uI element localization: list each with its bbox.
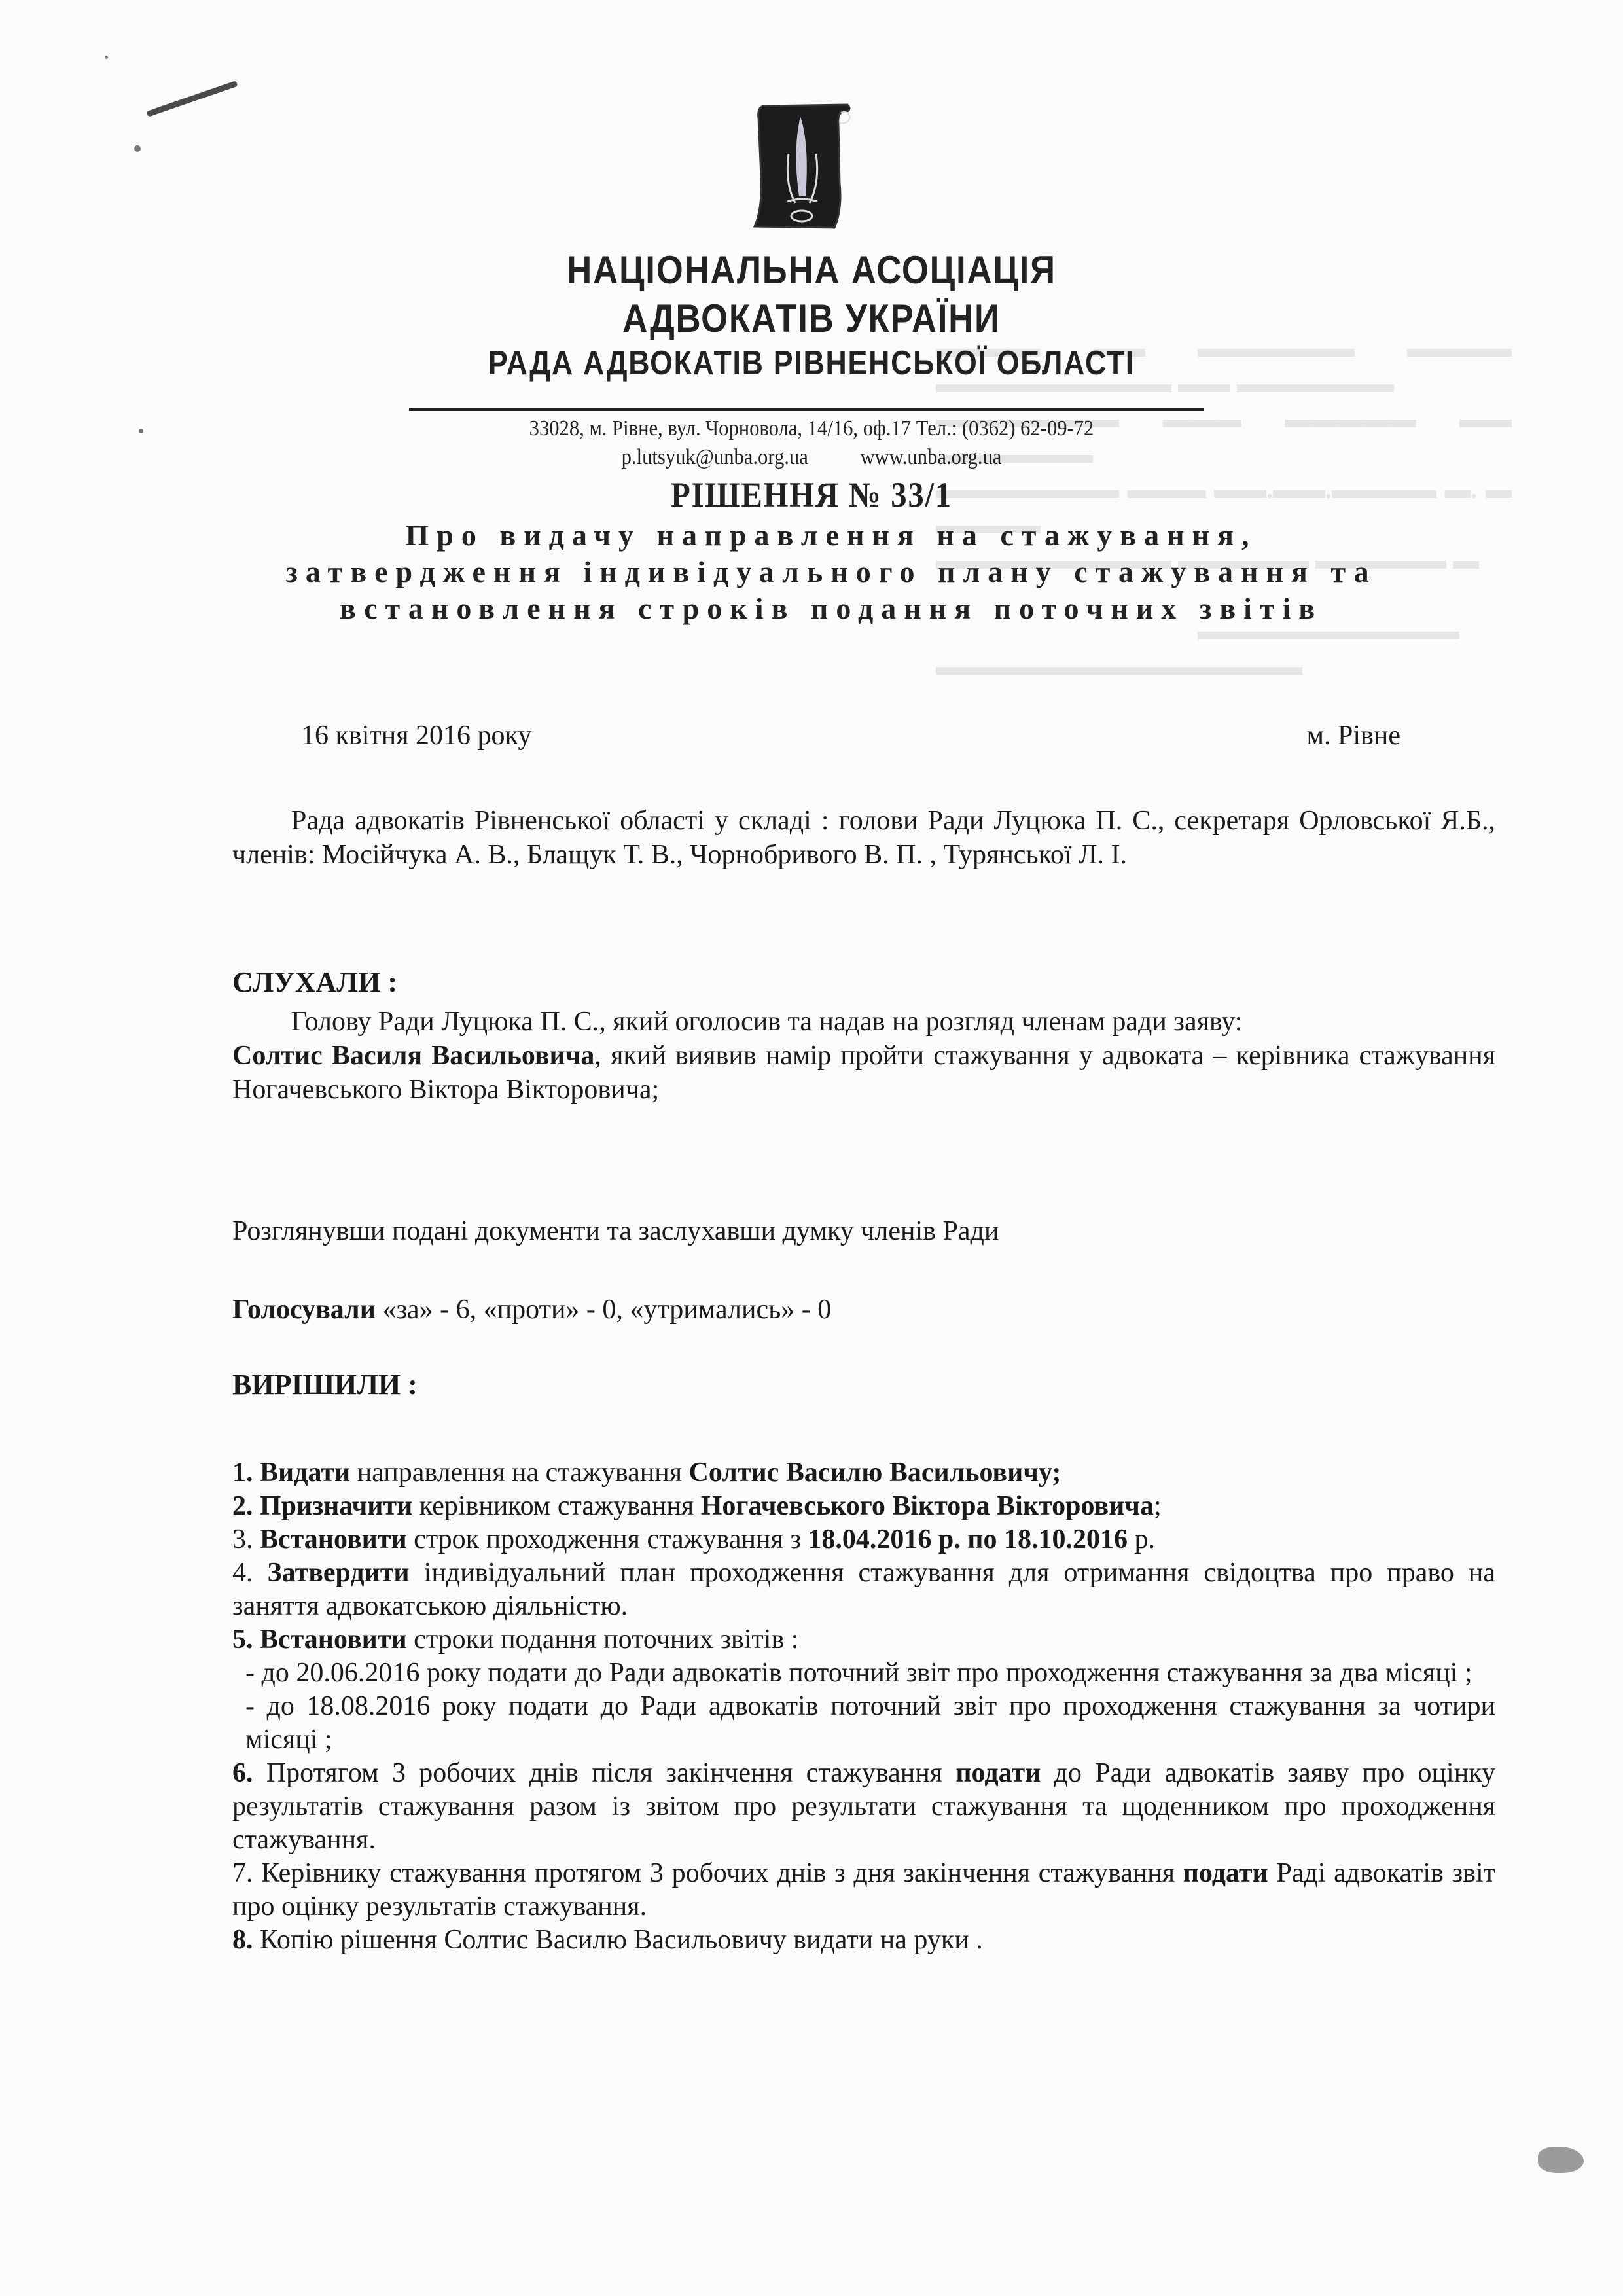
decision-item-6: 6. Протягом 3 робочих днів після закінче… xyxy=(232,1757,1495,1857)
decision-item-8: 8. Копію рішення Солтис Василю Васильови… xyxy=(232,1924,1495,1957)
scan-artifact-mark xyxy=(147,81,238,117)
item-text: керівником стажування xyxy=(412,1491,700,1521)
item-text: Копію рішення Солтис Василю Васильовичу … xyxy=(260,1925,983,1955)
decision-number: РІШЕННЯ № 33/1 xyxy=(81,475,1542,515)
email-link[interactable]: p.lutsyuk@unba.org.ua xyxy=(622,445,808,469)
address-line: 33028, м. Рівне, вул. Чорновола, 14/16, … xyxy=(81,416,1542,441)
item-verb: Видати xyxy=(260,1458,350,1488)
decision-subitem-report-1: - до 20.06.2016 року подати до Ради адво… xyxy=(232,1657,1495,1690)
item-number: 2. xyxy=(232,1491,260,1521)
item-number: 1. xyxy=(232,1458,260,1488)
item-text: строки подання поточних звітів : xyxy=(407,1624,799,1655)
item-text: індивідуальний план проходження стажуван… xyxy=(232,1558,1495,1621)
organization-name-line-1: НАЦІОНАЛЬНА АСОЦІАЦІЯ xyxy=(98,247,1525,293)
item-number: 3. xyxy=(232,1524,260,1554)
contact-line: p.lutsyuk@unba.org.ua www.unba.org.ua xyxy=(81,445,1542,470)
decision-item-4: 4. Затвердити індивідуальний план проход… xyxy=(232,1556,1495,1623)
heard-text: Голову Ради Луцюка П. С., який оголосив … xyxy=(232,1005,1495,1039)
vote-label: Голосували xyxy=(232,1295,376,1325)
decision-item-5: 5. Встановити строки подання поточних зв… xyxy=(232,1623,1495,1657)
decision-items: 1. Видати направлення на стажування Солт… xyxy=(232,1456,1495,1957)
heard-heading: СЛУХАЛИ : xyxy=(232,965,1495,999)
item-number: 8. xyxy=(232,1925,260,1955)
decision-date: 16 квітня 2016 року xyxy=(301,720,531,751)
item-bold-text: Солтис Василю Васильовичу; xyxy=(689,1458,1061,1488)
council-name: РАДА АДВОКАТІВ РІВНЕНСЬКОЇ ОБЛАСТІ xyxy=(114,344,1510,383)
item-number: 4. xyxy=(232,1558,268,1588)
item-tail: р. xyxy=(1128,1524,1155,1554)
decision-place: м. Рівне xyxy=(1306,720,1400,751)
decision-item-3: 3. Встановити строк проходження стажуван… xyxy=(232,1523,1495,1556)
item-verb: подати xyxy=(955,1758,1041,1788)
organization-name-line-2: АДВОКАТІВ УКРАЇНИ xyxy=(98,296,1525,341)
vote-result: Голосували «за» - 6, «проти» - 0, «утрим… xyxy=(232,1293,1495,1327)
scan-artifact-dot xyxy=(134,145,141,152)
decision-subitem-report-2: - до 18.08.2016 року подати до Ради адво… xyxy=(232,1690,1495,1757)
item-verb: Встановити xyxy=(260,1524,407,1554)
decided-heading: ВИРІШИЛИ : xyxy=(232,1368,1495,1402)
considered-text: Розглянувши подані документи та заслухав… xyxy=(232,1214,1495,1248)
scan-artifact-blot xyxy=(1538,2147,1584,2173)
council-composition: Рада адвокатів Рівненської області у скл… xyxy=(232,804,1495,872)
heard-section: Голову Ради Луцюка П. С., який оголосив … xyxy=(232,1005,1495,1107)
item-pre-text: Протягом 3 робочих днів після закінчення… xyxy=(266,1758,956,1788)
applicant-name: Солтис Василя Васильовича xyxy=(232,1041,594,1071)
item-tail: ; xyxy=(1154,1491,1162,1521)
item-bold-text: 18.04.2016 р. по 18.10.2016 xyxy=(808,1524,1128,1554)
scroll-quill-trident-icon xyxy=(749,98,854,236)
item-text: направлення на стажування xyxy=(350,1458,688,1488)
document-page: ▬▬▬▬ ▬▬ ▬▬▬▬▬▬ ▬▬▬▬ ▬▬▬▬▬▬▬▬▬ ▬▬ ▬▬▬▬▬▬ … xyxy=(0,0,1623,2296)
item-verb: подати xyxy=(1183,1858,1268,1888)
applicant-paragraph: Солтис Василя Васильовича, який виявив н… xyxy=(232,1039,1495,1107)
item-number: 5. xyxy=(232,1624,260,1655)
item-number: 6. xyxy=(232,1758,266,1788)
item-verb: Призначити xyxy=(260,1491,412,1521)
item-text: строк проходження стажування з xyxy=(407,1524,808,1554)
decision-item-1: 1. Видати направлення на стажування Солт… xyxy=(232,1456,1495,1490)
decision-item-7: 7. Керівнику стажування протягом 3 робоч… xyxy=(232,1857,1495,1924)
vote-text: «за» - 6, «проти» - 0, «утримались» - 0 xyxy=(376,1295,831,1325)
date-place-row: 16 квітня 2016 року м. Рівне xyxy=(301,720,1400,751)
decision-title: Про видачу направлення на стажування, за… xyxy=(275,517,1387,627)
item-bold-text: Ногачевського Віктора Вікторовича xyxy=(701,1491,1154,1521)
item-pre-text: Керівнику стажування протягом 3 робочих … xyxy=(261,1858,1183,1888)
letterhead-divider xyxy=(409,408,1204,411)
item-verb: Встановити xyxy=(260,1624,407,1655)
scan-artifact-dot xyxy=(105,56,108,59)
decision-item-2: 2. Призначити керівником стажування Нога… xyxy=(232,1490,1495,1523)
item-number: 7. xyxy=(232,1858,261,1888)
website-link[interactable]: www.unba.org.ua xyxy=(860,445,1001,469)
item-verb: Затвердити xyxy=(268,1558,410,1588)
